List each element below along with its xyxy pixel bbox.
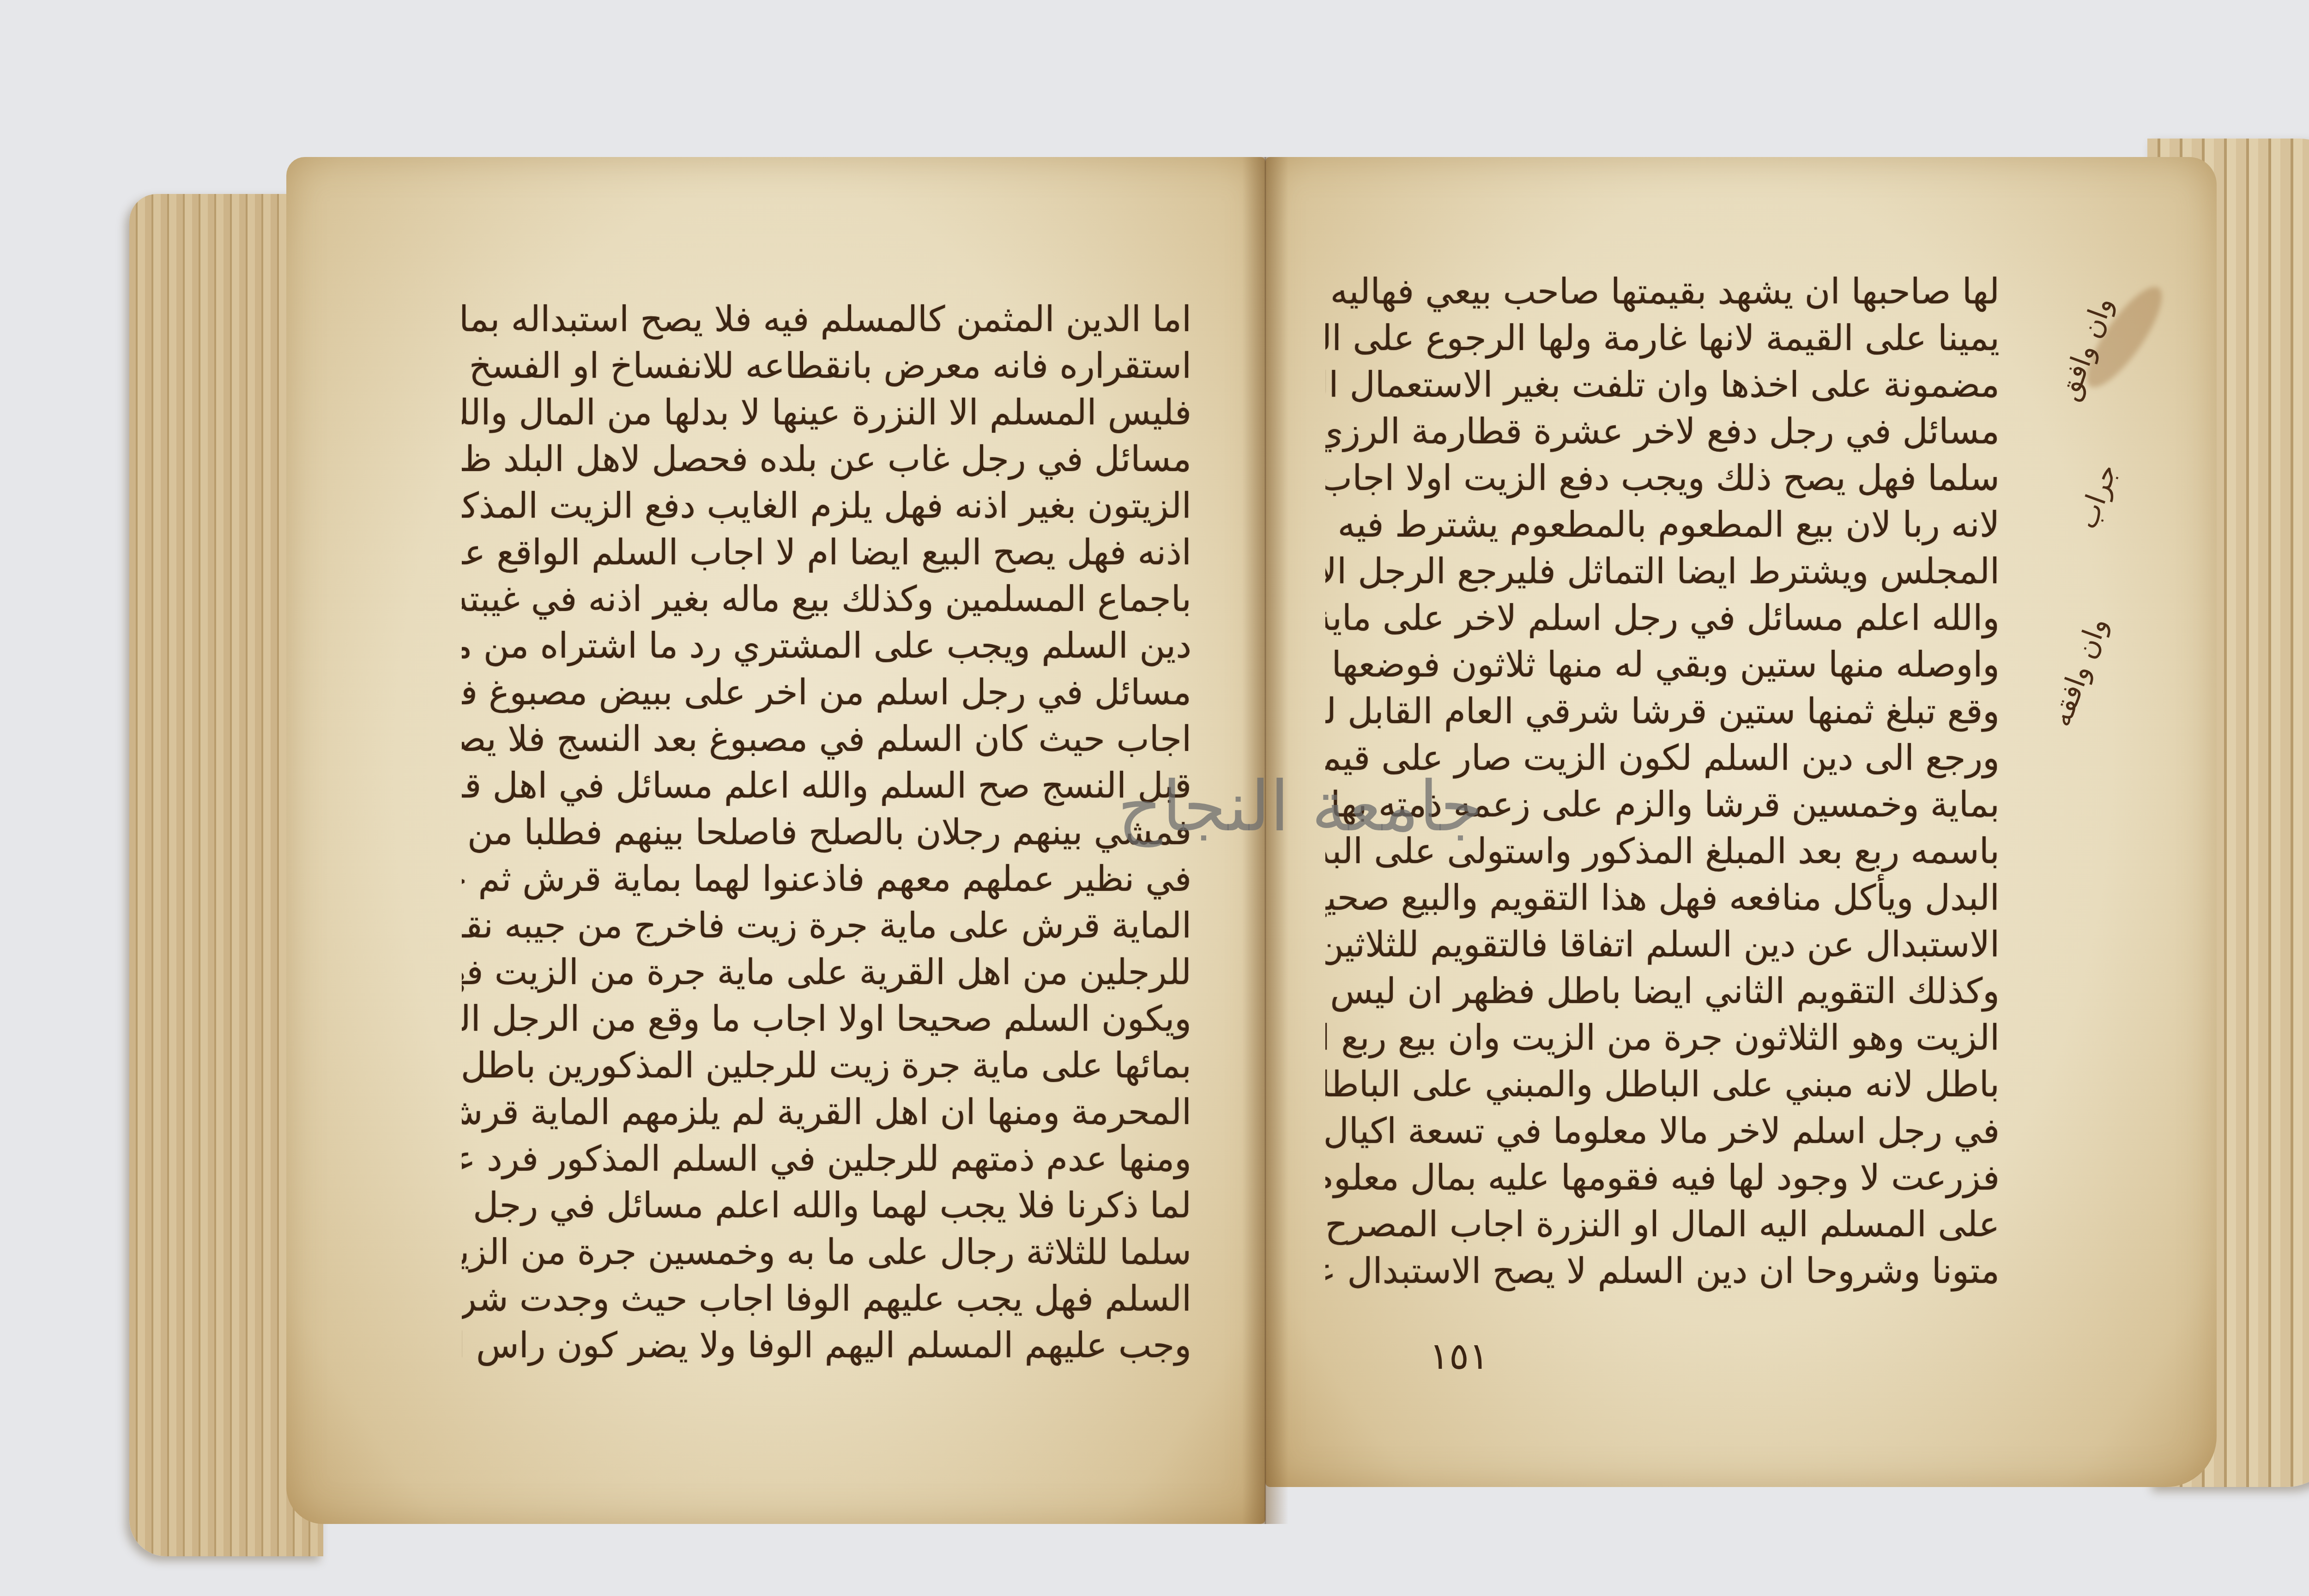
manuscript-line: باجماع المسلمين وكذلك بيع ماله بغير اذنه…: [462, 575, 1191, 622]
manuscript-line: دين السلم ويجب على المشتري رد ما اشتراه …: [462, 622, 1191, 669]
page-number: ١٥١: [1429, 1335, 1489, 1378]
manuscript-line: الزيت وهو الثلاثون جرة من الزيت وان بيع …: [1325, 1014, 2000, 1061]
manuscript-line: واوصله منها ستين وبقي له منها ثلاثون فوض…: [1325, 641, 2000, 688]
university-watermark: جامعة النجاح: [1118, 767, 1483, 847]
manuscript-line: سلما فهل يصح ذلك ويجب دفع الزيت اولا اجا…: [1325, 454, 2000, 501]
manuscript-line: وقع تبلغ ثمنها ستين قرشا شرقي العام القا…: [1325, 688, 2000, 734]
manuscript-line: فزرعت لا وجود لها فيه فقومها عليه بمال م…: [1325, 1154, 2000, 1201]
manuscript-line: الاستبدال عن دين السلم اتفاقا فالتقويم ل…: [1325, 921, 2000, 967]
manuscript-line: المحرمة ومنها ان اهل القرية لم يلزمهم ال…: [462, 1088, 1191, 1135]
manuscript-line: اما الدين المثمن كالمسلم فيه فلا يصح است…: [462, 296, 1191, 342]
manuscript-line: مسائل في رجل غاب عن بلده فحصل لاهل البلد…: [462, 435, 1191, 482]
manuscript-line: للرجلين من اهل القرية على ماية جرة من ال…: [462, 949, 1191, 995]
manuscript-line: ويكون السلم صحيحا اولا اجاب ما وقع من ال…: [462, 995, 1191, 1042]
manuscript-line: فمشي بينهم رجلان بالصلح فاصلحا بينهم فطل…: [462, 809, 1191, 855]
manuscript-spread: اما الدين المثمن كالمسلم فيه فلا يصح است…: [0, 0, 2309, 1596]
manuscript-line: السلم فهل يجب عليهم الوفا اجاب حيث وجدت …: [462, 1275, 1191, 1322]
manuscript-line: بمائها على ماية جرة زيت للرجلين المذكوري…: [462, 1042, 1191, 1088]
manuscript-line: وكذلك التقويم الثاني ايضا باطل فظهر ان ل…: [1325, 967, 2000, 1014]
manuscript-line: متونا وشروحا ان دين السلم لا يصح الاستبد…: [1325, 1247, 2000, 1294]
manuscript-line: سلما للثلاثة رجال على ما به وخمسين جرة م…: [462, 1228, 1191, 1275]
manuscript-line: يمينا على القيمة لانها غارمة ولها الرجوع…: [1325, 314, 2000, 361]
manuscript-line: لها صاحبها ان يشهد بقيمتها صاحب بيعي فها…: [1325, 268, 2000, 314]
manuscript-line: ومنها عدم ذمتهم للرجلين في السلم المذكور…: [462, 1135, 1191, 1182]
manuscript-line: مسائل في رجل اسلم من اخر على ببيض مصبوغ …: [462, 669, 1191, 715]
manuscript-line: استقراره فانه معرض بانقطاعه للانفساخ او …: [462, 342, 1191, 389]
manuscript-line: باطل لانه مبني على الباطل والمبني على ال…: [1325, 1061, 2000, 1107]
manuscript-line: المجلس ويشترط ايضا التماثل فليرجع الرجل …: [1325, 548, 2000, 594]
manuscript-line: في نظير عملهم معهم فاذعنوا لهما بماية قر…: [462, 855, 1191, 902]
manuscript-line: الماية قرش على ماية جرة زيت فاخرج من جيب…: [462, 902, 1191, 949]
manuscript-line: اذنه فهل يصح البيع ايضا ام لا اجاب السلم…: [462, 529, 1191, 575]
manuscript-line: وجب عليهم المسلم اليهم الوفا ولا يضر كون…: [462, 1322, 1191, 1368]
manuscript-line: في رجل اسلم لاخر مالا معلوما في تسعة اكي…: [1325, 1107, 2000, 1154]
manuscript-line: مضمونة على اخذها وان تلفت بغير الاستعمال…: [1325, 361, 2000, 408]
manuscript-line: اجاب حيث كان السلم في مصبوغ بعد النسج فل…: [462, 715, 1191, 762]
manuscript-line: مسائل في رجل دفع لاخر عشرة قطارمة الرزي …: [1325, 408, 2000, 454]
manuscript-line: قبل النسج صح السلم والله اعلم مسائل في ا…: [462, 762, 1191, 809]
manuscript-line: لانه ربا لان بيع المطعوم بالمطعوم يشترط …: [1325, 501, 2000, 548]
left-page-text: اما الدين المثمن كالمسلم فيه فلا يصح است…: [462, 296, 1191, 1385]
manuscript-line: والله اعلم مسائل في رجل اسلم لاخر على ما…: [1325, 594, 2000, 641]
manuscript-line: لما ذكرنا فلا يجب لهما والله اعلم مسائل …: [462, 1182, 1191, 1228]
manuscript-line: على المسلم اليه المال او النزرة اجاب الم…: [1325, 1201, 2000, 1247]
manuscript-line: البدل ويأكل منافعه فهل هذا التقويم والبي…: [1325, 874, 2000, 921]
manuscript-line: الزيتون بغير اذنه فهل يلزم الغايب دفع ال…: [462, 482, 1191, 529]
manuscript-line: فليس المسلم الا النزرة عينها لا بدلها من…: [462, 389, 1191, 435]
